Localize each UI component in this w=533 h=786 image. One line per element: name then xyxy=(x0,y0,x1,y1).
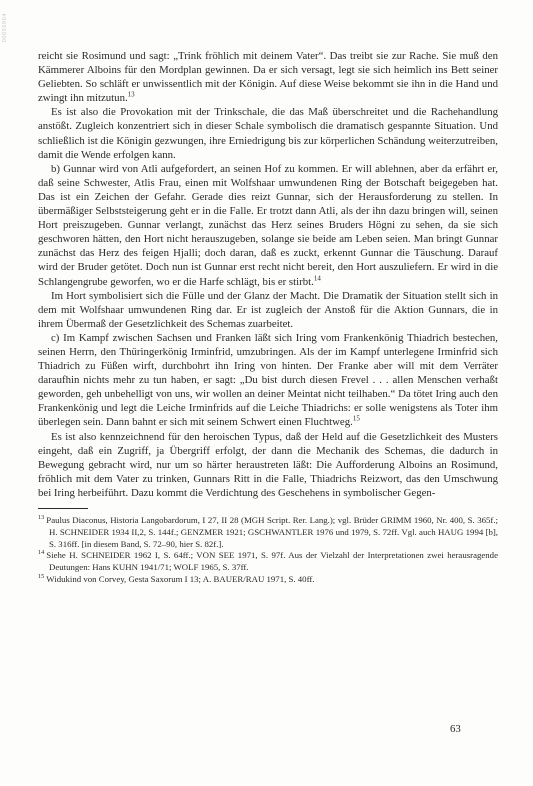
paragraph: Es ist also die Provokation mit der Trin… xyxy=(38,105,498,161)
footnote: 14Siehe H. SCHNEIDER 1962 I, S. 64ff.; V… xyxy=(38,550,498,574)
paragraph-text: reicht sie Rosimund und sagt: „Trink frö… xyxy=(38,50,498,104)
page-number: 63 xyxy=(450,723,461,735)
footnote-text: Widukind von Corvey, Gesta Saxorum I 13;… xyxy=(46,574,314,584)
footnote-marker: 13 xyxy=(38,514,44,521)
footnote-ref-13: 13 xyxy=(128,91,135,99)
footnote-marker: 15 xyxy=(38,573,44,580)
footnote-text: Siehe H. SCHNEIDER 1962 I, S. 64ff.; VON… xyxy=(46,550,498,572)
footnote-divider xyxy=(38,508,88,509)
footnote-ref-14: 14 xyxy=(314,274,321,282)
paragraph: Es ist also kennzeichnend für den herois… xyxy=(38,430,498,500)
paragraph-text: Es ist also die Provokation mit der Trin… xyxy=(38,106,498,160)
footnote-ref-15: 15 xyxy=(353,415,360,423)
paragraph-text: c) Im Kampf zwischen Sachsen und Franken… xyxy=(38,332,498,429)
paragraph: reicht sie Rosimund und sagt: „Trink frö… xyxy=(38,49,498,105)
paragraph-text: Es ist also kennzeichnend für den herois… xyxy=(38,431,498,499)
body-text: reicht sie Rosimund und sagt: „Trink frö… xyxy=(38,49,498,586)
paragraph: b) Gunnar wird von Atli aufgefordert, an… xyxy=(38,162,498,289)
footnotes: 13Paulus Diaconus, Historia Langobardoru… xyxy=(38,515,498,586)
book-page: 00055804 reicht sie Rosimund und sagt: „… xyxy=(0,0,533,786)
paragraph: c) Im Kampf zwischen Sachsen und Franken… xyxy=(38,331,498,430)
paragraph-text: Im Hort symbolisiert sich die Fülle und … xyxy=(38,290,498,330)
paragraph-text: b) Gunnar wird von Atli aufgefordert, an… xyxy=(38,163,498,288)
paragraph: Im Hort symbolisiert sich die Fülle und … xyxy=(38,289,498,331)
footnote: 13Paulus Diaconus, Historia Langobardoru… xyxy=(38,515,498,550)
footnote-marker: 14 xyxy=(38,549,44,556)
footnote: 15Widukind von Corvey, Gesta Saxorum I 1… xyxy=(38,574,498,586)
footnote-text: Paulus Diaconus, Historia Langobardorum,… xyxy=(46,515,498,549)
scan-watermark: 00055804 xyxy=(2,13,8,42)
